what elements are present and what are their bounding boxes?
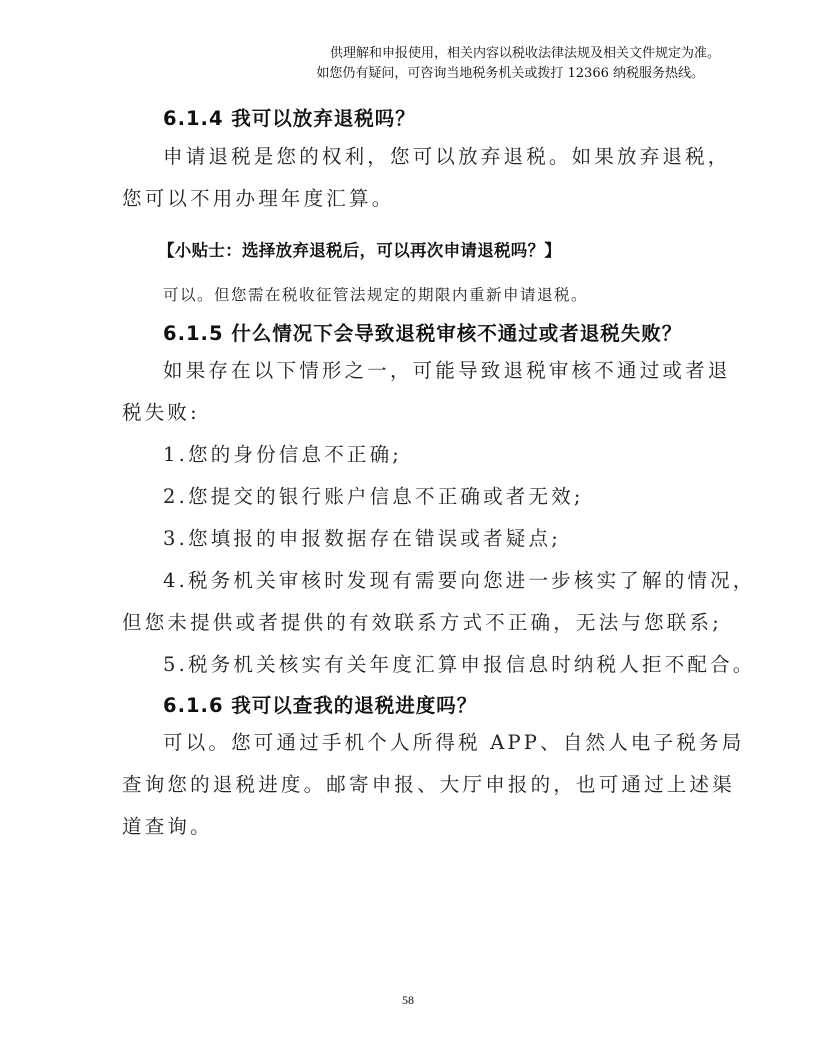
- tip-box: 【小贴士：选择放弃退税后，可以再次申请退税吗？】: [122, 237, 702, 261]
- failure-reasons-list: 1.您的身份信息不正确; 2.您提交的银行账户信息不正确或者无效; 3.您填报的…: [122, 434, 702, 686]
- tip-answer-block: 可以。但您需在税收征管法规定的期限内重新申请退税。: [122, 283, 702, 305]
- section-6-1-5-intro: 如果存在以下情形之一，可能导致退税审核不通过或者退 税失败:: [122, 350, 702, 434]
- header-disclaimer: 供理解和申报使用，相关内容以税收法律法规及相关文件规定为准。 如您仍有疑问，可咨…: [316, 44, 720, 84]
- paragraph-line: 申请退税是您的权利，您可以放弃退税。如果放弃退税，: [122, 136, 702, 178]
- page-number: 58: [0, 993, 816, 1008]
- section-6-1-4-paragraph: 申请退税是您的权利，您可以放弃退税。如果放弃退税， 您可以不用办理年度汇算。: [122, 136, 702, 220]
- paragraph-line: 税失败:: [122, 392, 702, 434]
- paragraph-line: 查询您的退税进度。邮寄申报、大厅申报的，也可通过上述渠: [122, 764, 702, 806]
- tip-title: 【小贴士：选择放弃退税后，可以再次申请退税吗？】: [122, 237, 702, 261]
- section-title: 6.1.5 什么情况下会导致退税审核不通过或者退税失败？: [122, 318, 702, 346]
- header-disclaimer-line-2: 如您仍有疑问，可咨询当地税务机关或拨打 12366 纳税服务热线。: [316, 64, 720, 84]
- list-item: 4.税务机关审核时发现有需要向您进一步核实了解的情况，: [122, 560, 702, 602]
- paragraph-line: 您可以不用办理年度汇算。: [122, 178, 702, 220]
- list-item: 1.您的身份信息不正确;: [122, 434, 702, 476]
- tip-answer: 可以。但您需在税收征管法规定的期限内重新申请退税。: [122, 283, 702, 305]
- section-heading-6-1-4: 6.1.4 我可以放弃退税吗？: [122, 103, 702, 131]
- section-title: 6.1.6 我可以查我的退税进度吗？: [122, 690, 702, 718]
- list-item-continuation: 但您未提供或者提供的有效联系方式不正确，无法与您联系;: [122, 602, 702, 644]
- paragraph-line: 如果存在以下情形之一，可能导致退税审核不通过或者退: [122, 350, 702, 392]
- list-item: 2.您提交的银行账户信息不正确或者无效;: [122, 476, 702, 518]
- paragraph-line: 道查询。: [122, 806, 702, 848]
- section-title: 6.1.4 我可以放弃退税吗？: [122, 103, 702, 131]
- paragraph-line: 可以。您可通过手机个人所得税 APP、自然人电子税务局: [122, 722, 702, 764]
- section-heading-6-1-6: 6.1.6 我可以查我的退税进度吗？: [122, 690, 702, 718]
- list-item: 3.您填报的申报数据存在错误或者疑点;: [122, 518, 702, 560]
- header-disclaimer-line-1: 供理解和申报使用，相关内容以税收法律法规及相关文件规定为准。: [316, 44, 720, 64]
- list-item: 5.税务机关核实有关年度汇算申报信息时纳税人拒不配合。: [122, 644, 702, 686]
- document-page: 供理解和申报使用，相关内容以税收法律法规及相关文件规定为准。 如您仍有疑问，可咨…: [0, 0, 816, 1056]
- section-heading-6-1-5: 6.1.5 什么情况下会导致退税审核不通过或者退税失败？: [122, 318, 702, 346]
- section-6-1-6-paragraph: 可以。您可通过手机个人所得税 APP、自然人电子税务局 查询您的退税进度。邮寄申…: [122, 722, 702, 848]
